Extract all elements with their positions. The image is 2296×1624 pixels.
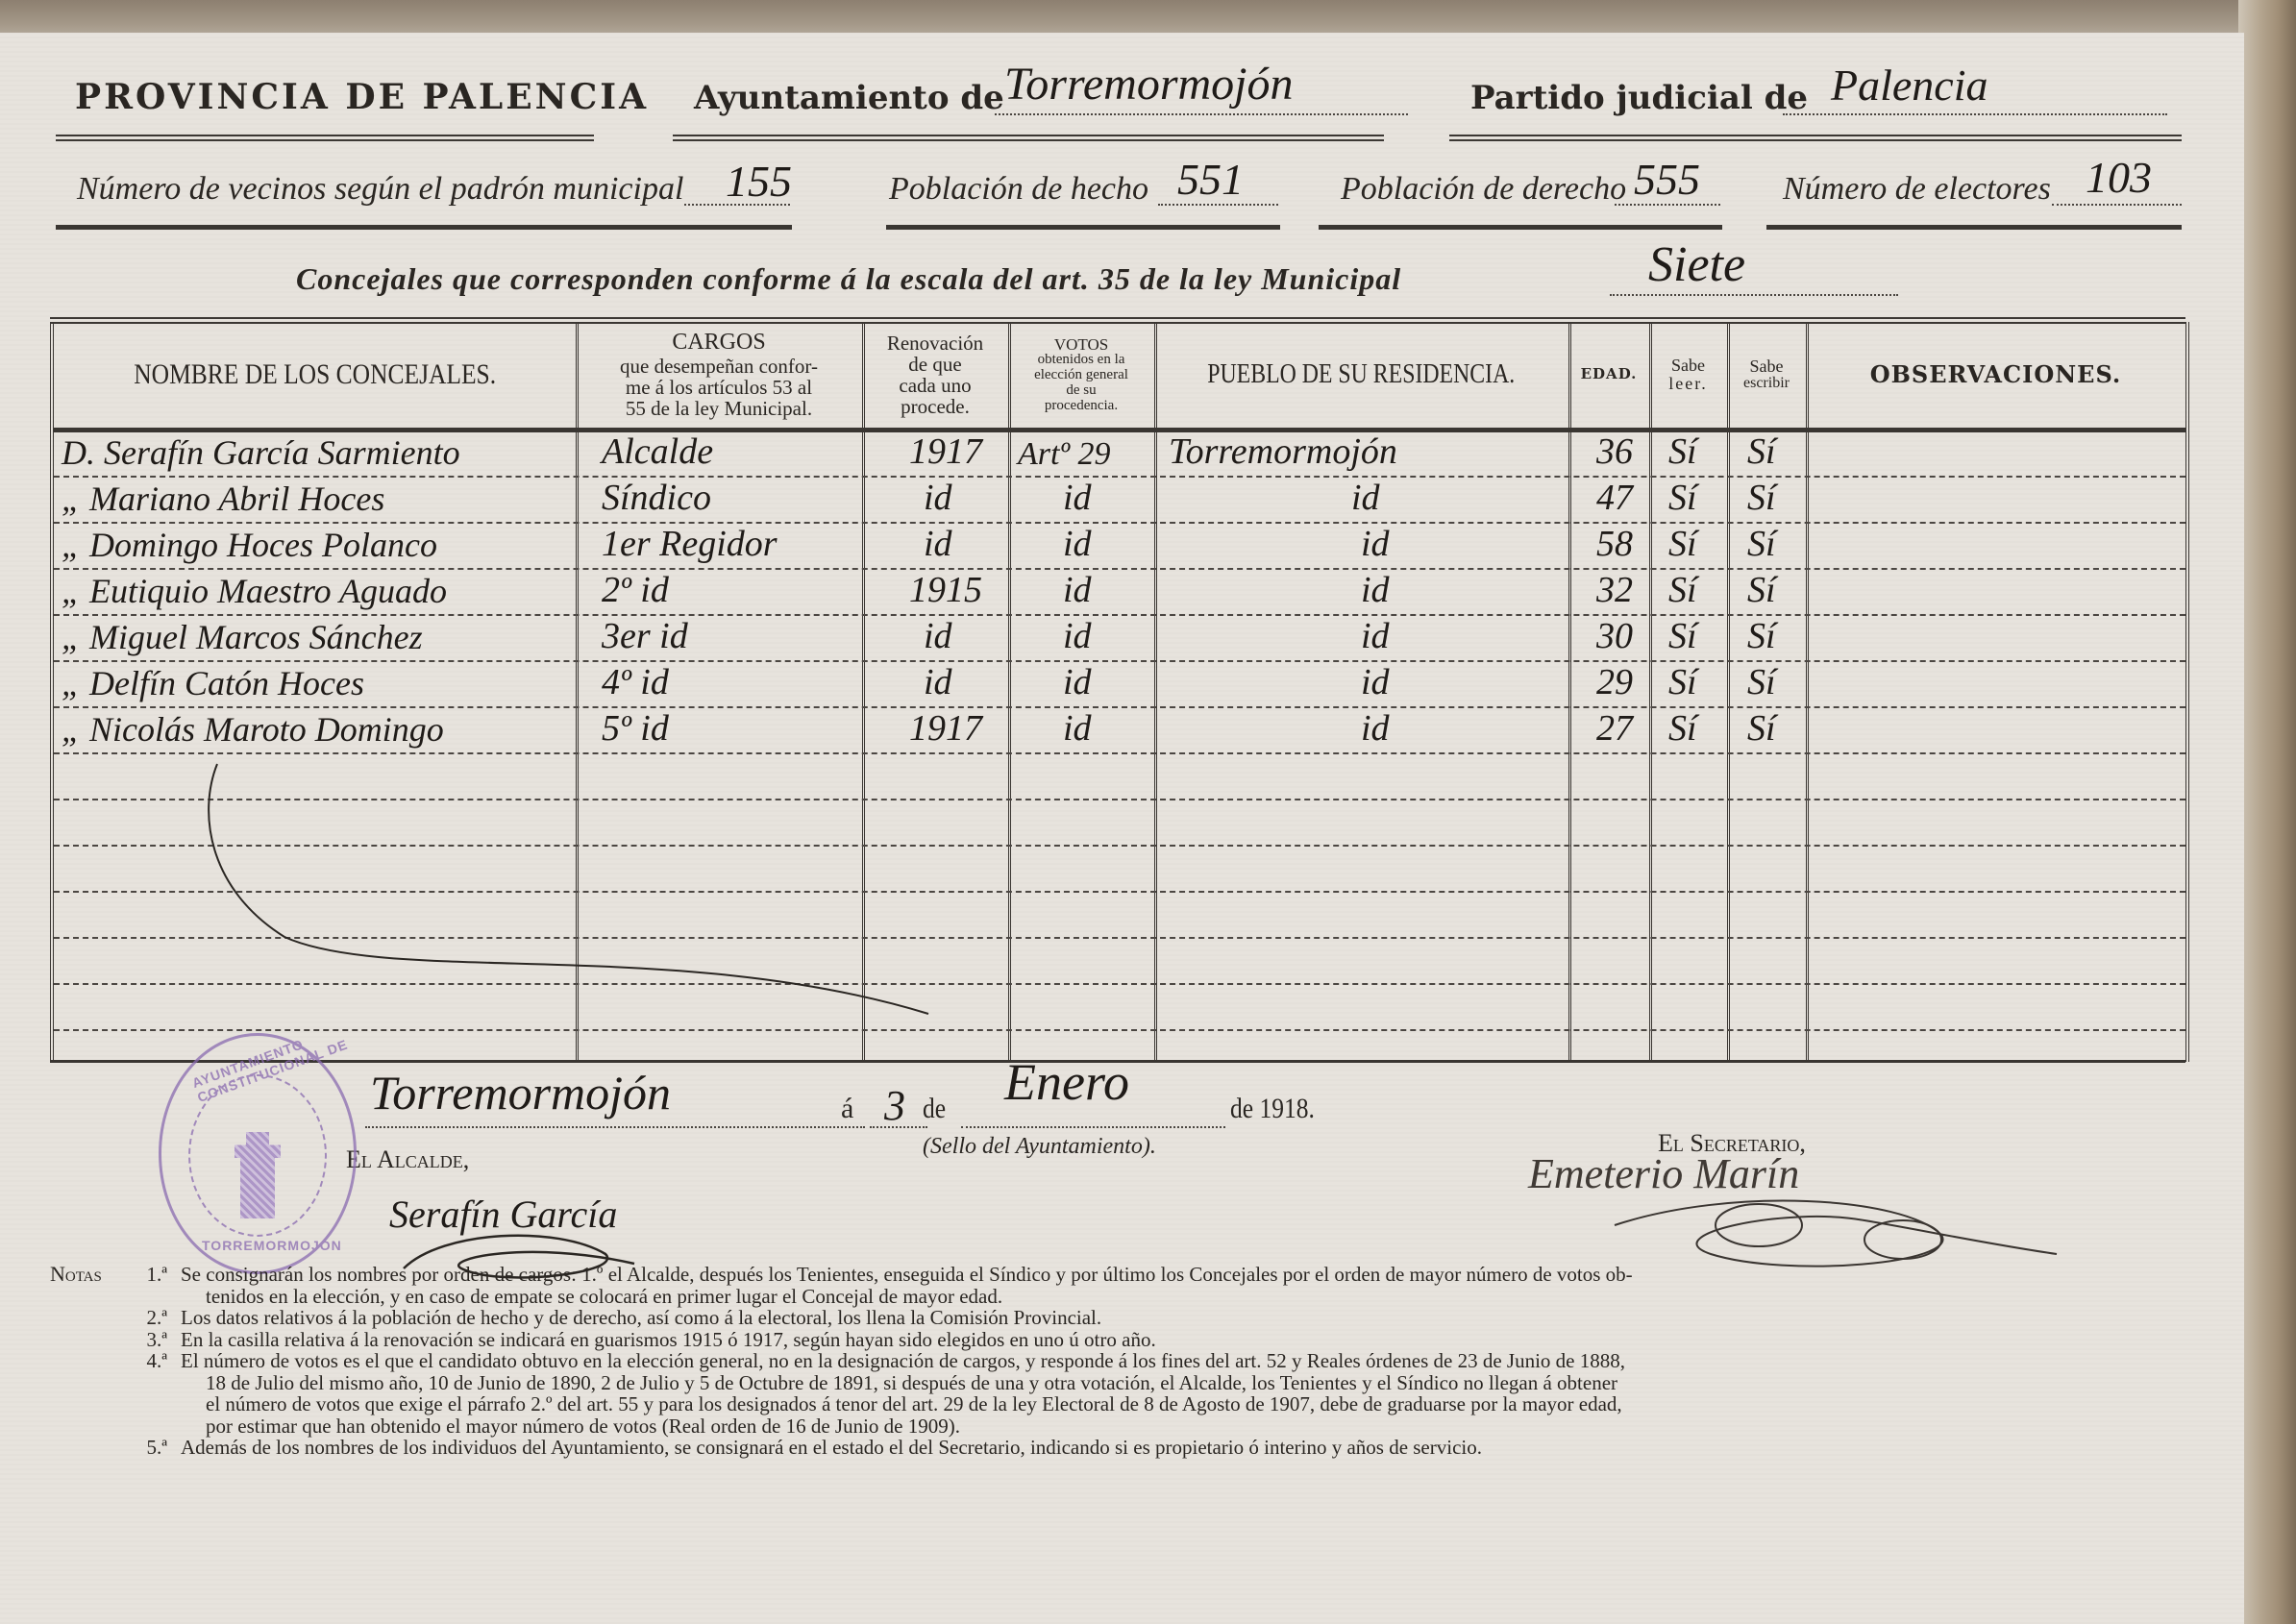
- col-header-sabe-escribir: Sabe escribir: [1727, 322, 1806, 428]
- divider: [56, 135, 594, 141]
- ayuntamiento-label: Ayuntamiento de: [694, 79, 1004, 117]
- day-value: 3: [884, 1081, 905, 1130]
- concejales-label: Concejales que corresponden conforme á l…: [296, 261, 1401, 297]
- concejales-field-line: [1610, 294, 1898, 296]
- place-value: Torremormojón: [370, 1065, 671, 1120]
- col-header-renovacion: Renovación de que cada uno procede.: [862, 322, 1008, 428]
- vecinos-value: 155: [726, 156, 792, 207]
- stamp-bottom-text: TORREMORMOJÓN: [202, 1238, 342, 1253]
- hecho-value: 551: [1177, 154, 1244, 205]
- divider: [886, 225, 1280, 230]
- divider: [673, 135, 1384, 141]
- note-item: 4.ª El número de votos es el que el cand…: [50, 1350, 2184, 1372]
- partido-label: Partido judicial de: [1470, 79, 1808, 117]
- divider: [1766, 225, 2182, 230]
- ayuntamiento-value: Torremormojón: [1004, 58, 1294, 111]
- concejales-value: Siete: [1648, 236, 1745, 293]
- note-item: 3.ª En la casilla relativa á la renovaci…: [50, 1329, 2184, 1351]
- partido-value: Palencia: [1831, 60, 1988, 111]
- sello-label: (Sello del Ayuntamiento).: [923, 1134, 1156, 1160]
- partido-field-line: [1783, 113, 2167, 115]
- col-header-cargos: CARGOS que desempeñan confor- me á los a…: [576, 322, 862, 428]
- col-header-votos: VOTOS obtenidos en la elección general d…: [1008, 322, 1154, 428]
- electores-label: Número de electores: [1783, 171, 2051, 208]
- note-item: Notas 1.ª Se consignarán los nombres por…: [50, 1264, 2184, 1286]
- book-right-edge: [2238, 0, 2296, 1624]
- province-title: PROVINCIA DE PALENCIA: [75, 77, 649, 117]
- derecho-value: 555: [1634, 154, 1700, 205]
- col-header-nombre: NOMBRE DE LOS CONCEJALES.: [54, 322, 576, 428]
- electores-field-line: [2052, 204, 2182, 206]
- col-header-sabe-leer: Sabe leer.: [1649, 322, 1727, 428]
- de-label: de: [923, 1093, 946, 1125]
- vecinos-label: Número de vecinos según el padrón munici…: [77, 171, 683, 208]
- col-header-observaciones: OBSERVACIONES.: [1806, 322, 2185, 428]
- ayuntamiento-field-line: [995, 113, 1408, 115]
- year-label: de 1918.: [1230, 1093, 1315, 1125]
- divider: [1319, 225, 1722, 230]
- closing-flourish: [198, 754, 1399, 1043]
- note-item: 2.ª Los datos relativos á la población d…: [50, 1307, 2184, 1329]
- month-field-line: [961, 1126, 1225, 1128]
- councillors-table: NOMBRE DE LOS CONCEJALES. CARGOS que des…: [50, 322, 2189, 1062]
- municipal-seal-stamp: AYUNTAMIENTO CONSTITUCIONAL DE TORREMORM…: [159, 1033, 357, 1274]
- place-field-line: [365, 1126, 865, 1128]
- derecho-label: Población de derecho: [1341, 171, 1626, 208]
- note-item: 5.ª Además de los nombres de los individ…: [50, 1437, 2184, 1459]
- notes-section: Notas 1.ª Se consignarán los nombres por…: [50, 1264, 2184, 1459]
- col-header-edad: EDAD.: [1568, 322, 1649, 428]
- col-header-pueblo: PUEBLO DE SU RESIDENCIA.: [1154, 322, 1568, 428]
- hecho-label: Población de hecho: [889, 171, 1148, 208]
- notes-label: Notas: [50, 1264, 129, 1286]
- a-label: á: [841, 1093, 853, 1125]
- alcalde-label: El Alcalde,: [346, 1145, 469, 1174]
- electores-value: 103: [2086, 152, 2152, 203]
- divider: [56, 225, 792, 230]
- divider: [1449, 135, 2182, 141]
- month-value: Enero: [1004, 1052, 1129, 1112]
